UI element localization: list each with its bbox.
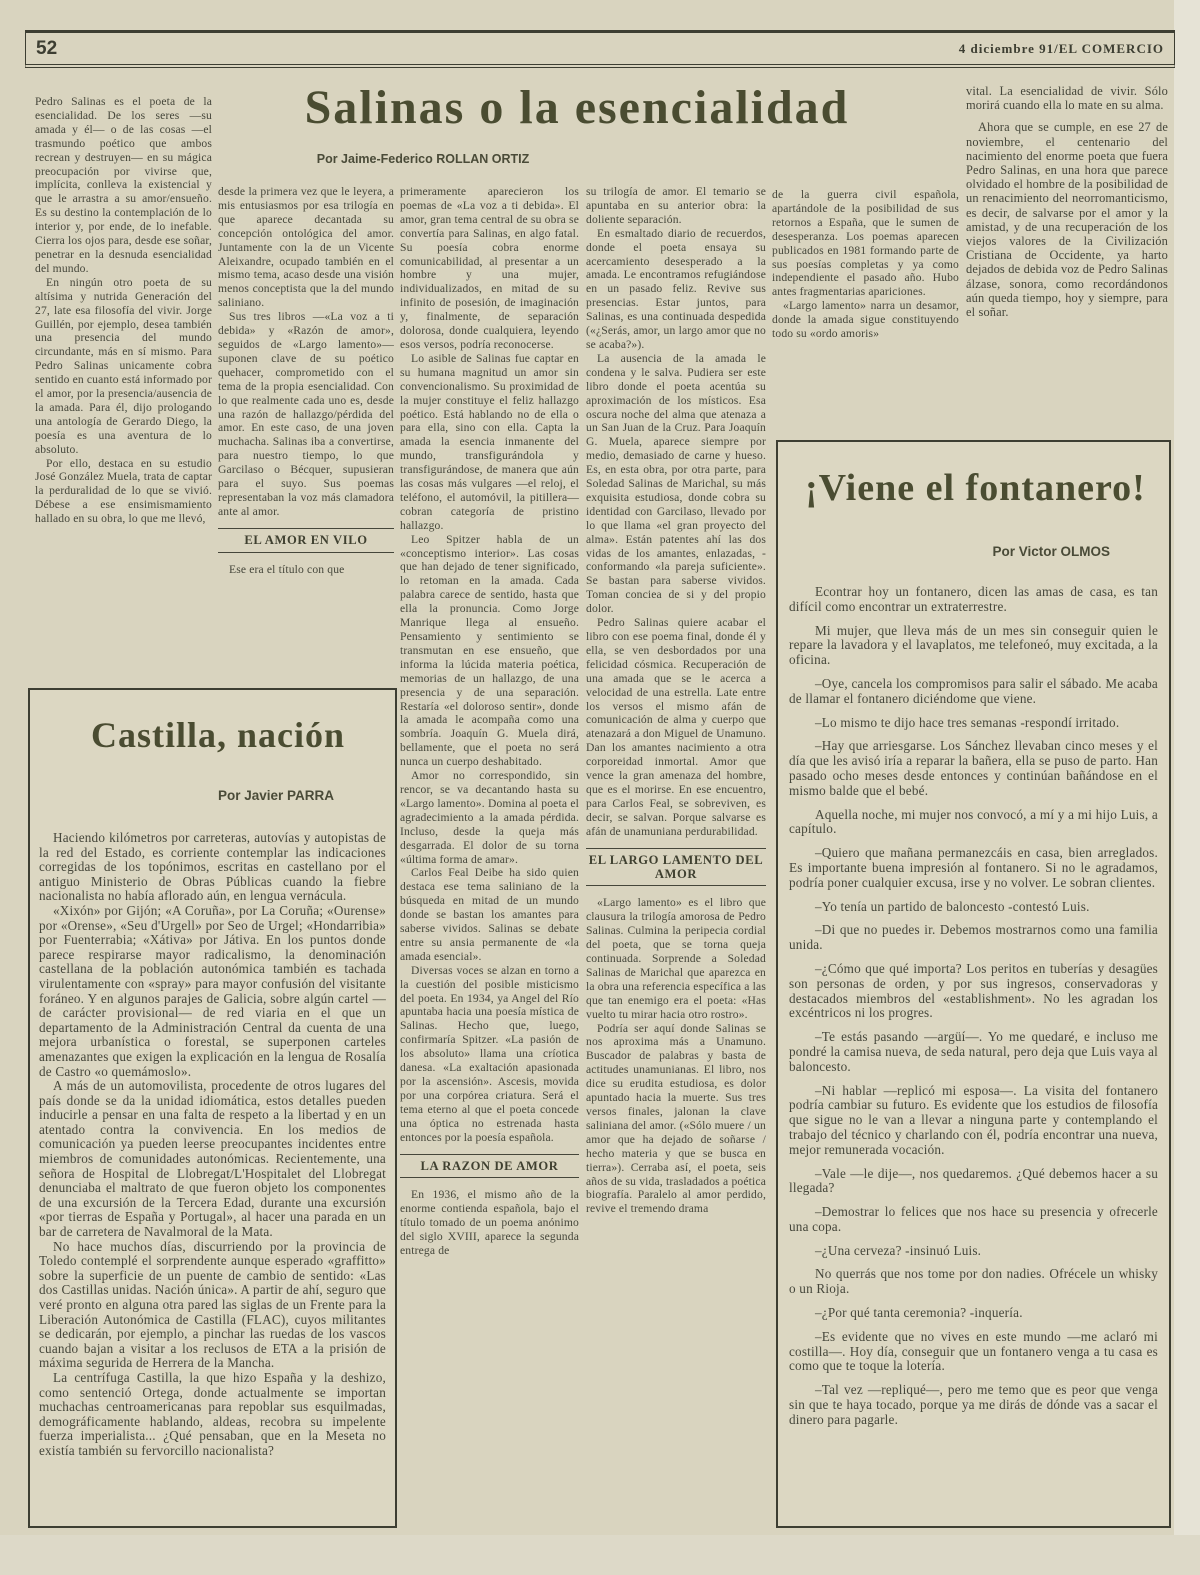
paragraph: Sus tres libros —«La voz a ti debida» y … — [218, 310, 394, 519]
main-byline: Por Jaime-Federico ROLLAN ORTIZ — [218, 152, 628, 166]
fontanero-title: ¡Viene el fontanero! — [805, 466, 1158, 510]
paragraph: En 1936, el mismo año de la enorme conti… — [400, 1188, 579, 1258]
castilla-article-box: Castilla, nación Por Javier PARRA Hacien… — [28, 688, 397, 1528]
paragraph: Amor no correspondido, sin rencor, se va… — [400, 769, 579, 866]
castilla-title: Castilla, nación — [91, 714, 386, 756]
paragraph: –Es evidente que no vives en este mundo … — [789, 1330, 1158, 1374]
paragraph: Pedro Salinas quiere acabar el libro con… — [586, 616, 766, 839]
paragraph: –Yo tenía un partido de baloncesto -cont… — [789, 900, 1158, 915]
paragraph: Ahora que se cumple, en ese 27 de noviem… — [966, 120, 1168, 319]
castilla-byline: Por Javier PARRA — [39, 788, 334, 803]
castilla-body: Haciendo kilómetros por carreteras, auto… — [39, 831, 386, 1459]
paragraph: –Di que no puedes ir. Debemos mostrarnos… — [789, 923, 1158, 953]
subhead-el-largo-lamento: EL LARGO LAMENTO DEL AMOR — [586, 848, 766, 887]
paragraph: Pedro Salinas es el poeta de la esencial… — [35, 95, 212, 276]
paragraph: –¿Cómo que qué importa? Los peritos en t… — [789, 962, 1158, 1021]
paragraph: –Oye, cancela los compromisos para salir… — [789, 677, 1158, 707]
paragraph: Podría ser aquí donde Salinas se nos apr… — [586, 1022, 766, 1217]
paragraph: –Ni hablar —replicó mi esposa—. La visit… — [789, 1084, 1158, 1158]
paragraph: desde la primera vez que le leyera, a mi… — [218, 185, 394, 310]
paragraph: La ausencia de la amada le condena y le … — [586, 352, 766, 616]
paragraph: vital. La esencialidad de vivir. Sólo mo… — [966, 84, 1168, 112]
page-edge-right — [1174, 0, 1200, 1575]
fontanero-article-box: ¡Viene el fontanero! Por Victor OLMOS Ec… — [776, 440, 1171, 1528]
paragraph: –¿Una cerveza? -insinuó Luis. — [789, 1244, 1158, 1259]
salinas-column-1: Pedro Salinas es el poeta de la esencial… — [35, 95, 212, 667]
masthead: 52 4 diciembre 91/EL COMERCIO — [25, 30, 1175, 68]
paragraph: «Largo lamento» es el libro que clausura… — [586, 896, 766, 1021]
paragraph: su trilogía de amor. El temario se apunt… — [586, 185, 766, 227]
paragraph: Mi mujer, que lleva más de un mes sin co… — [789, 624, 1158, 668]
newspaper-page: 52 4 diciembre 91/EL COMERCIO Salinas o … — [0, 0, 1200, 1575]
subhead-la-razon-de-amor: LA RAZON DE AMOR — [400, 1154, 579, 1179]
salinas-column-3: primeramente aparecieron los poemas de «… — [400, 185, 579, 1545]
paragraph: –Hay que arriesgarse. Los Sánchez llevab… — [789, 739, 1158, 798]
paragraph: –Quiero que mañana permanezcáis en casa,… — [789, 846, 1158, 890]
main-headline: Salinas o la esencialidad — [212, 80, 942, 135]
page-number: 52 — [36, 38, 57, 60]
paragraph: –Tal vez —repliqué—, pero me temo que es… — [789, 1383, 1158, 1427]
paragraph: A más de un automovilista, procedente de… — [39, 1079, 386, 1240]
paragraph: Diversas voces se alzan en torno a la cu… — [400, 964, 579, 1145]
salinas-column-6: vital. La esencialidad de vivir. Sólo mo… — [966, 84, 1168, 416]
paragraph: No querrás que nos tome por don nadies. … — [789, 1267, 1158, 1297]
paragraph: –¿Por qué tanta ceremonia? -inquería. — [789, 1306, 1158, 1321]
paragraph: de la guerra civil española, apartándole… — [772, 188, 959, 299]
paragraph: En ningún otro poeta de su altísima y nu… — [35, 276, 212, 457]
paragraph: –Demostrar lo felices que nos hace su pr… — [789, 1205, 1158, 1235]
paragraph: En esmaltado diario de recuerdos, donde … — [586, 227, 766, 352]
paragraph: Carlos Feal Deibe ha sido quien destaca … — [400, 866, 579, 963]
paragraph: «Xixón» por Gijón; «A Coruña», por La Co… — [39, 904, 386, 1079]
paragraph: primeramente aparecieron los poemas de «… — [400, 185, 579, 352]
salinas-column-2: desde la primera vez que le leyera, a mi… — [218, 185, 394, 663]
paragraph: Por ello, destaca en su estudio José Gon… — [35, 457, 212, 527]
salinas-column-5: de la guerra civil española, apartándole… — [772, 188, 959, 440]
paragraph: Lo asible de Salinas fue captar en su hu… — [400, 352, 579, 533]
paragraph: Haciendo kilómetros por carreteras, auto… — [39, 831, 386, 904]
paragraph: «Largo lamento» narra un desamor, donde … — [772, 299, 959, 341]
subhead-el-amor-en-vilo: EL AMOR EN VILO — [218, 528, 394, 553]
fontanero-body: Econtrar hoy un fontanero, dicen las ama… — [789, 585, 1158, 1428]
paragraph: Aquella noche, mi mujer nos convocó, a m… — [789, 808, 1158, 838]
edition-date: 4 diciembre 91/EL COMERCIO — [959, 41, 1164, 57]
paragraph: –Te estás pasando —argüí—. Yo me quedaré… — [789, 1030, 1158, 1074]
paragraph: Leo Spitzer habla de un «conceptismo int… — [400, 533, 579, 769]
salinas-column-4: su trilogía de amor. El temario se apunt… — [586, 185, 766, 1545]
fontanero-byline: Por Victor OLMOS — [789, 544, 1110, 559]
paragraph: Ese era el título con que — [218, 563, 394, 577]
paragraph: –Lo mismo te dijo hace tres semanas -res… — [789, 716, 1158, 731]
paragraph: Econtrar hoy un fontanero, dicen las ama… — [789, 585, 1158, 615]
paragraph: No hace muchos días, discurriendo por la… — [39, 1240, 386, 1371]
paragraph: –Vale —le dije—, nos quedaremos. ¿Qué de… — [789, 1167, 1158, 1197]
paragraph: La centrífuga Castilla, la que hizo Espa… — [39, 1371, 386, 1459]
